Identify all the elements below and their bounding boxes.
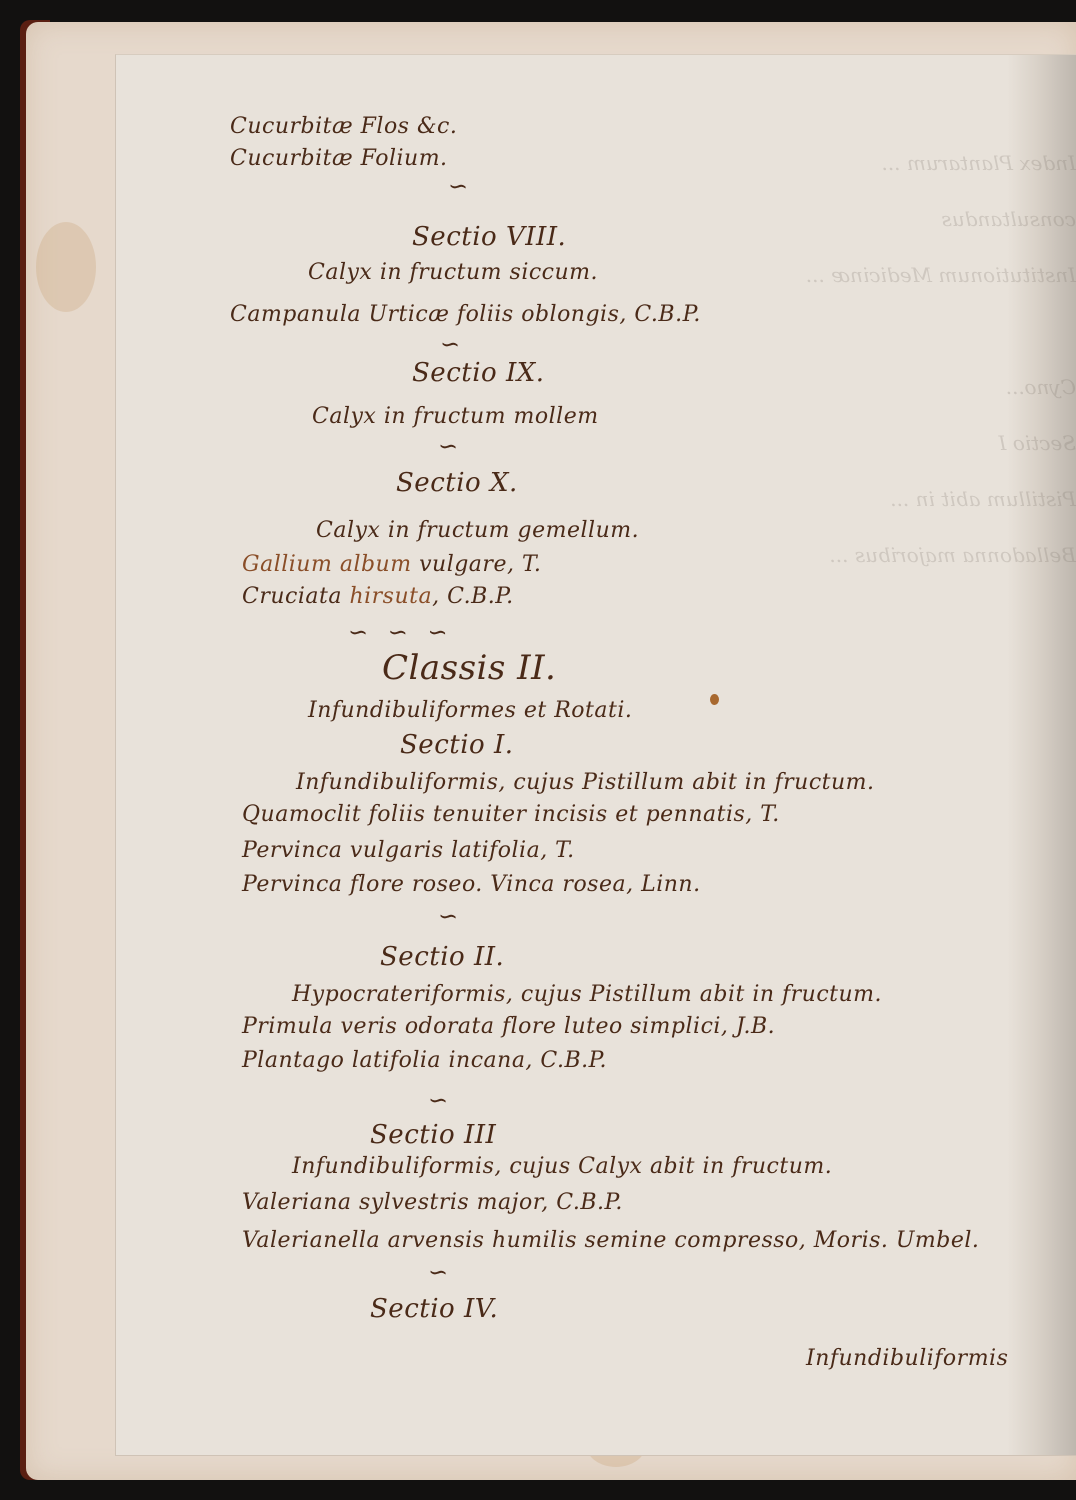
text-line: Primula veris odorata flore luteo simpli… bbox=[242, 1014, 775, 1039]
ornament-flourish: ∽ bbox=[448, 172, 468, 200]
text-line: Calyx in fructum siccum. bbox=[308, 260, 598, 285]
text-line: Infundibuliformes et Rotati. bbox=[308, 698, 632, 723]
text-span: , C.B.P. bbox=[432, 584, 514, 609]
section-heading: Sectio VIII. bbox=[412, 222, 566, 252]
section-heading: Sectio II. bbox=[380, 942, 504, 972]
section-heading: Sectio IV. bbox=[370, 1294, 498, 1324]
section-heading: Sectio I. bbox=[400, 730, 513, 760]
text-line: Pervinca flore roseo. Vinca rosea, Linn. bbox=[242, 872, 701, 897]
text-line: Gallium album vulgare, T. bbox=[242, 552, 541, 577]
text-line: Cruciata hirsuta, C.B.P. bbox=[242, 584, 514, 609]
section-heading: Sectio X. bbox=[396, 468, 518, 498]
text-span-light: Gallium album bbox=[242, 552, 412, 577]
text-line: Cucurbitæ Flos &c. bbox=[230, 114, 457, 139]
ink-spot bbox=[710, 694, 719, 705]
text-span-light: hirsuta bbox=[349, 584, 432, 609]
text-line: Hypocrateriformis, cujus Pistillum abit … bbox=[292, 982, 882, 1007]
section-heading: Sectio IX. bbox=[412, 358, 545, 388]
text-line: Infundibuliformis, cujus Calyx abit in f… bbox=[292, 1154, 832, 1179]
text-line: Campanula Urticæ foliis oblongis, C.B.P. bbox=[230, 302, 701, 327]
text-span: Cruciata bbox=[242, 584, 342, 609]
ornament-flourish: ∽ bbox=[438, 902, 458, 930]
text-line: Calyx in fructum mollem bbox=[312, 404, 599, 429]
ornament-flourish: ∽ bbox=[440, 330, 460, 358]
ornament-flourish: ∽ bbox=[438, 432, 458, 460]
text-line: Pervinca vulgaris latifolia, T. bbox=[242, 838, 575, 863]
section-heading: Sectio III bbox=[370, 1120, 496, 1150]
text-line: Cucurbitæ Folium. bbox=[230, 146, 448, 171]
text-span: vulgare, T. bbox=[419, 552, 541, 577]
ornament-flourish: ∽ bbox=[428, 1086, 448, 1114]
text-line: Valeriana sylvestris major, C.B.P. bbox=[242, 1190, 623, 1215]
manuscript-page: Index Plantarum ... consultandus Institu… bbox=[26, 22, 1076, 1480]
class-heading: Classis II. bbox=[382, 648, 556, 688]
text-line: Infundibuliformis, cujus Pistillum abit … bbox=[296, 770, 875, 795]
catchword: Infundibuliformis bbox=[806, 1346, 1008, 1371]
handwritten-text: Cucurbitæ Flos &c. Cucurbitæ Folium. ∽ S… bbox=[26, 22, 1076, 1480]
text-line: Calyx in fructum gemellum. bbox=[316, 518, 639, 543]
ornament-flourish-triple: ∽ ∽ ∽ bbox=[348, 618, 454, 646]
text-line: Quamoclit foliis tenuiter incisis et pen… bbox=[242, 802, 780, 827]
text-line: Plantago latifolia incana, C.B.P. bbox=[242, 1048, 607, 1073]
ornament-flourish: ∽ bbox=[428, 1258, 448, 1286]
text-line: Valerianella arvensis humilis semine com… bbox=[242, 1228, 979, 1253]
